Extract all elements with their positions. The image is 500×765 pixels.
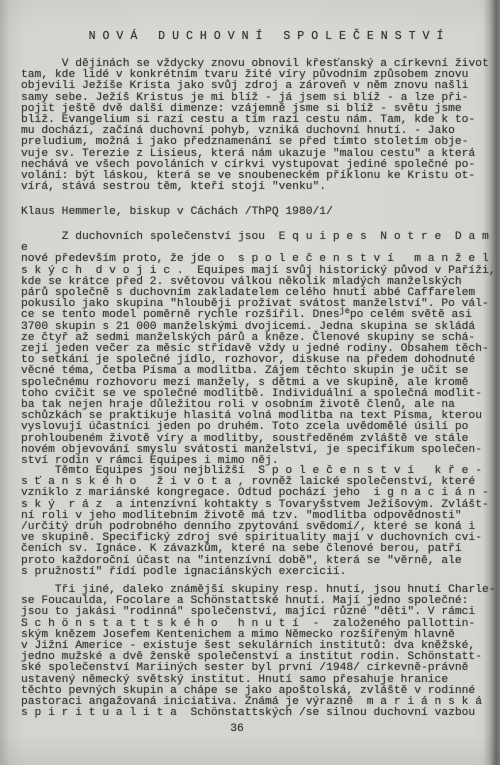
paragraph-equipes-notre-dame: Z duchovních společenství jsou E q u i p…	[21, 232, 500, 467]
paragraph-text-after-insertion: po celém světě asi 3700 skupin s 21 000 …	[21, 309, 489, 467]
scan-shadow-left-edge	[0, 0, 10, 765]
paragraph-intro: V dějinách se vždycky znovu obnovil křes…	[21, 59, 500, 193]
page-number: 36	[0, 724, 474, 735]
typed-insertion-correction: je	[340, 306, 350, 316]
scanned-document-page: N O V Á D U C H O V N Í S P O L E Č E N …	[0, 0, 500, 765]
page-title: N O V Á D U C H O V N Í S P O L E Č E N …	[21, 31, 500, 42]
byline-attribution: Klaus Hemmerle, biskup v Cáchách /ThPQ 1…	[21, 207, 500, 218]
paragraph-schoenstatt: Tři jiné, daleko známější skupiny resp. …	[21, 585, 500, 719]
paragraph-text-before-insertion: Z duchovních společenství jsou E q u i p…	[21, 231, 496, 321]
paragraph-spolecenstvi-krestanskeho-zivota: Těmto Equipes jsou nejbližší S p o l e č…	[21, 466, 500, 578]
